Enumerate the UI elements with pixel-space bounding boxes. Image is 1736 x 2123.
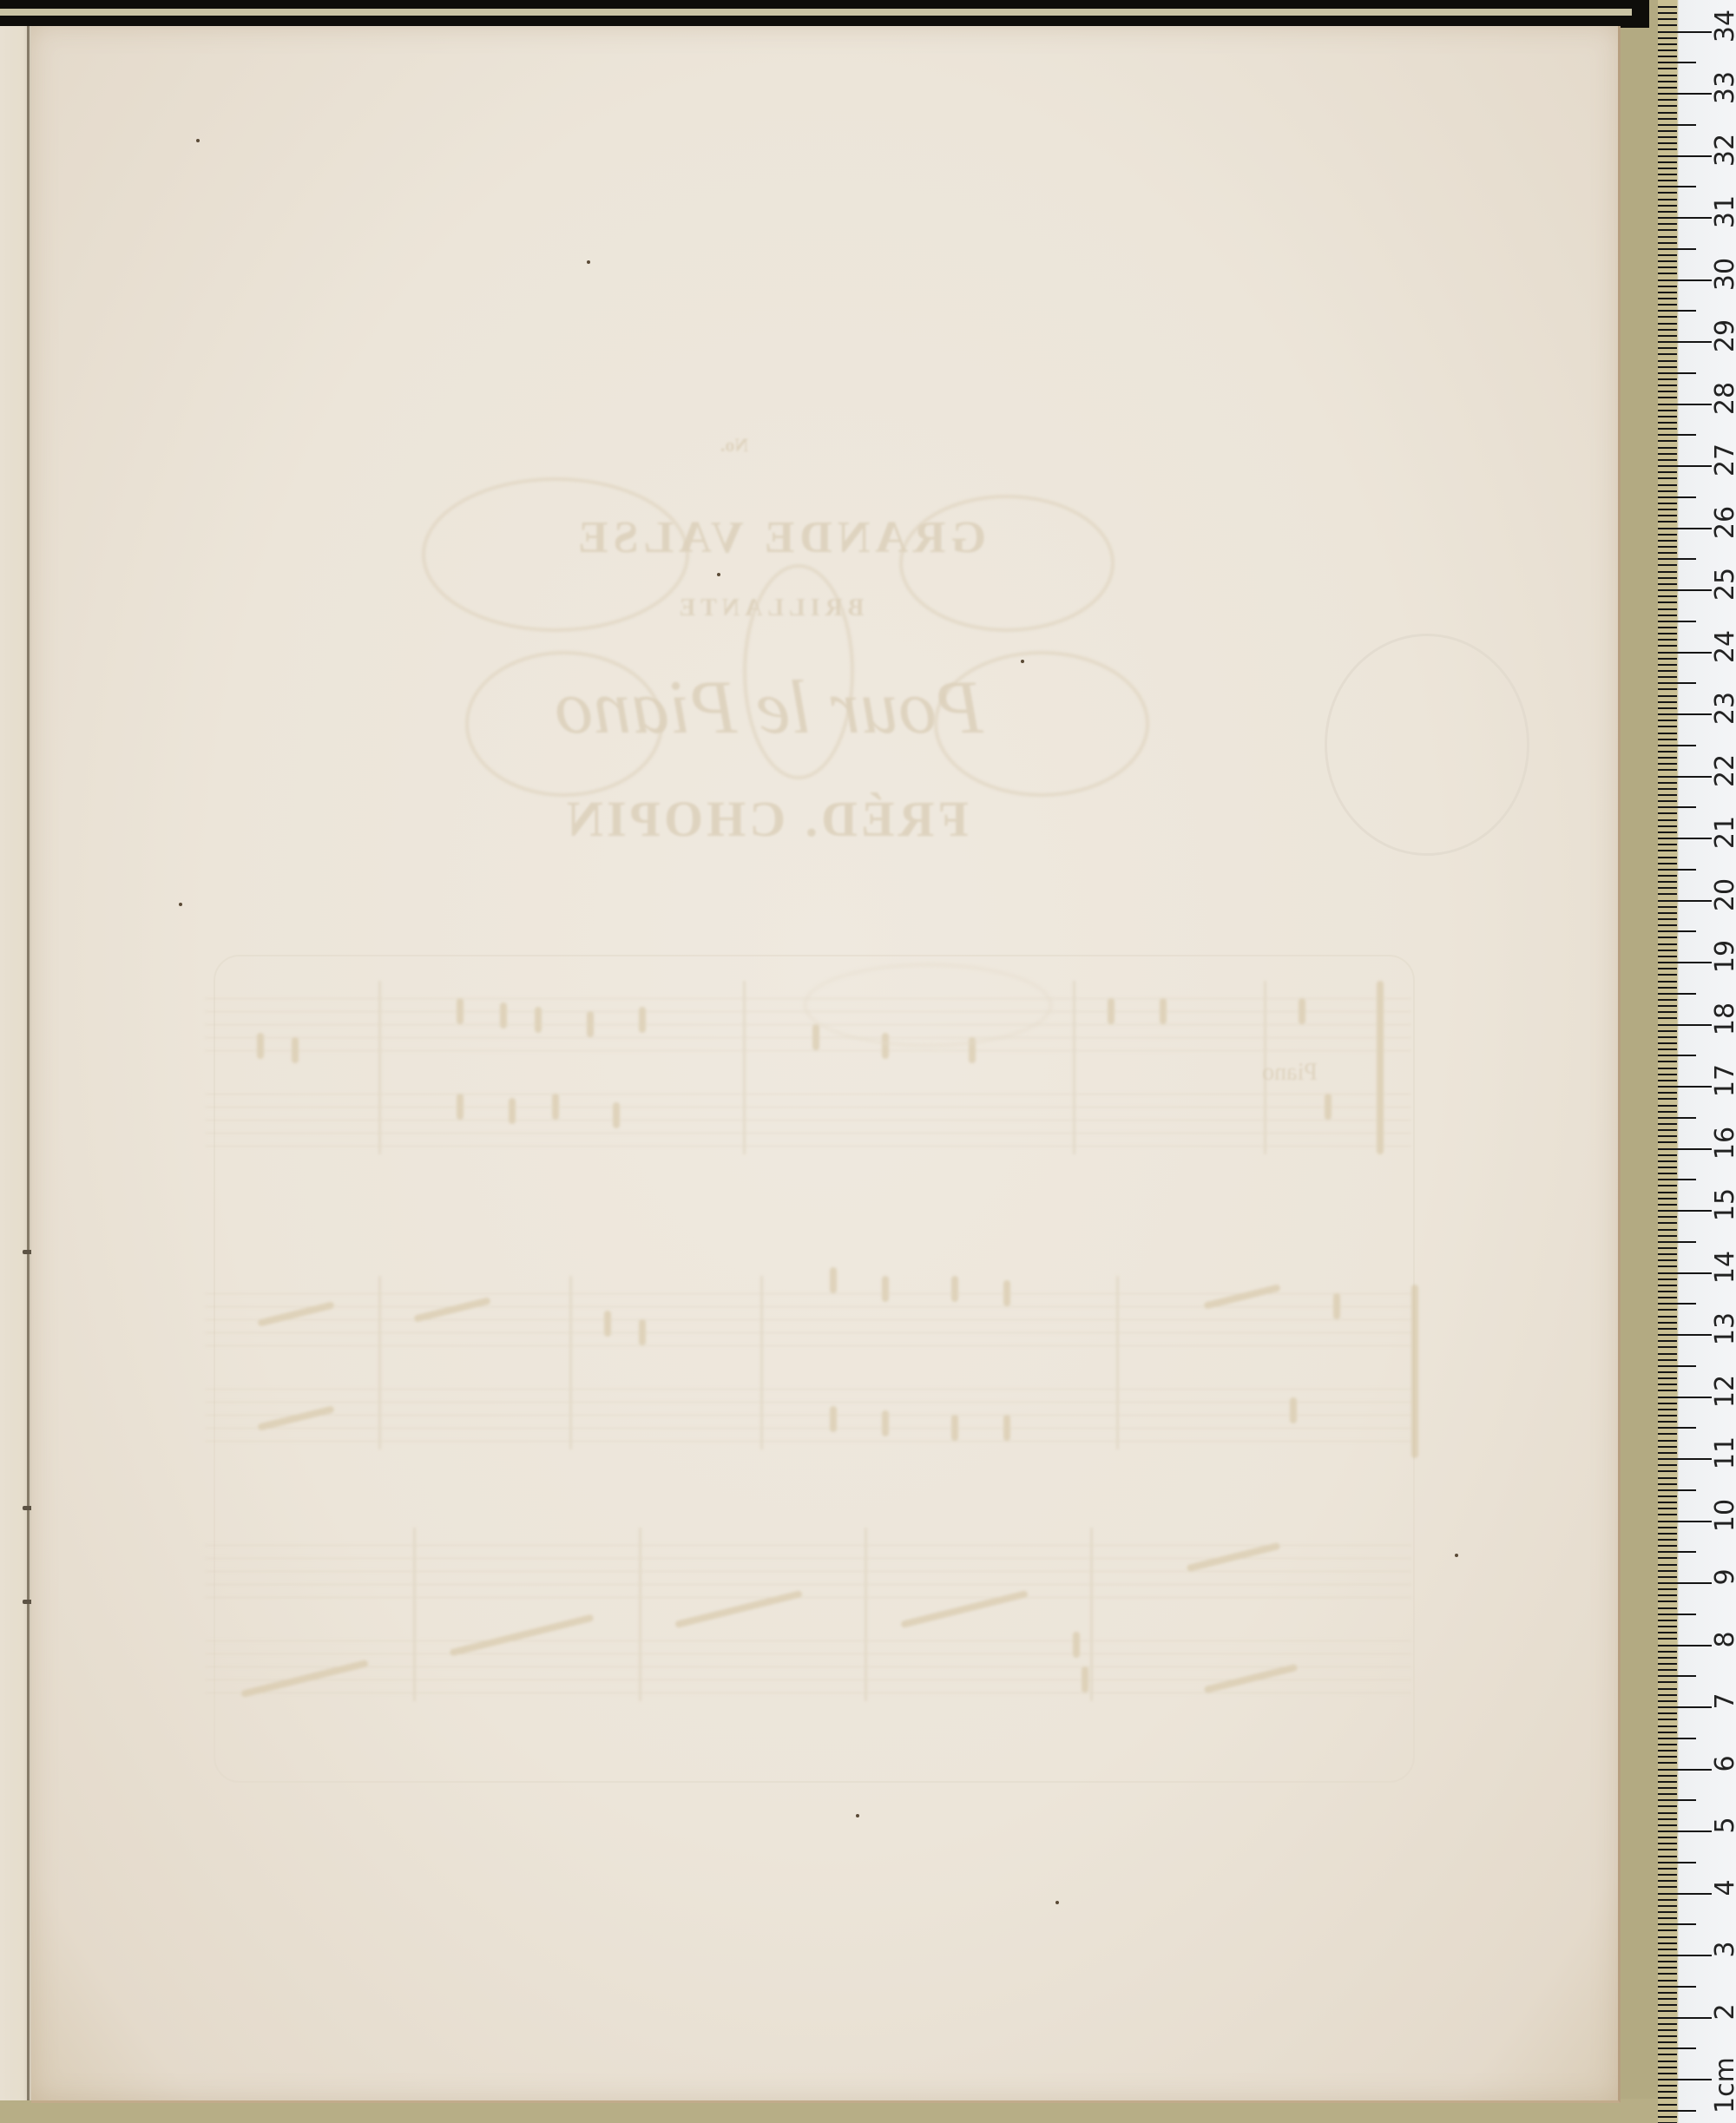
ruler-tick (1658, 391, 1677, 392)
ruler-tick (1658, 906, 1677, 908)
ruler-tick (1658, 745, 1696, 746)
ruler-tick (1658, 987, 1677, 989)
sheet-music-page: No. GRANDE VALSE BRILLANTE Pour le Piano… (31, 26, 1621, 2103)
ruler-tick (1658, 819, 1677, 821)
ruler-tick (1658, 688, 1677, 690)
ruler-tick (1658, 316, 1677, 318)
ruler-tick (1658, 1433, 1677, 1435)
paper-speck (196, 139, 200, 142)
ruler-tick (1658, 1135, 1677, 1137)
ruler-tick (1658, 521, 1677, 523)
ruler-number: 12 (1710, 1365, 1736, 1417)
ruler-number: 16 (1710, 1117, 1736, 1169)
ruler-tick (1658, 1688, 1677, 1690)
ruler-tick (1658, 1055, 1696, 1056)
ruler-tick (1658, 956, 1677, 957)
ruler-tick (1658, 465, 1712, 467)
ruler-tick (1658, 434, 1696, 436)
ruler-tick (1658, 812, 1677, 814)
ruler-tick (1658, 2067, 1677, 2068)
ruler-tick (1658, 509, 1677, 510)
ruler-number: 28 (1710, 372, 1736, 424)
ruler-number: 2 (1710, 1986, 1736, 2038)
ruler-tick (1658, 1316, 1677, 1318)
ruler-tick (1658, 1253, 1677, 1255)
ruler-tick (1658, 1632, 1677, 1633)
ruler-tick (1658, 1923, 1696, 1925)
ruler-tick (1658, 1706, 1712, 1708)
ruler-tick (1658, 1651, 1677, 1653)
ruler-tick (1658, 68, 1677, 69)
ruler-tick (1658, 341, 1712, 343)
ruler-tick (1658, 397, 1677, 398)
ruler-tick (1658, 2079, 1712, 2080)
ruler-tick (1658, 1086, 1712, 1088)
scanner-edge-strip (0, 9, 1632, 16)
paper-speck (717, 573, 720, 576)
ruler-tick (1658, 1489, 1696, 1491)
ruler-number: 14 (1710, 1241, 1736, 1293)
ruler-tick (1658, 353, 1677, 355)
ruler-tick (1658, 1849, 1677, 1850)
ruler-tick (1658, 1756, 1677, 1758)
ruler-number: 19 (1710, 930, 1736, 983)
ghost-flourish (465, 651, 663, 797)
ruler-tick (1658, 1744, 1677, 1745)
ruler-tick (1658, 1185, 1677, 1186)
ruler-tick (1658, 1675, 1696, 1677)
ruler-tick (1658, 999, 1677, 1001)
ruler-tick (1658, 1527, 1677, 1528)
ruler-number: 9 (1710, 1551, 1736, 1603)
ruler-tick (1658, 974, 1677, 976)
ruler-tick (1658, 682, 1696, 684)
ruler-tick (1658, 1495, 1677, 1497)
ruler-tick (1658, 912, 1677, 914)
ruler-tick (1658, 1446, 1677, 1448)
ruler-number: 13 (1710, 1303, 1736, 1355)
ruler-tick (1658, 1409, 1677, 1410)
ruler-tick (1658, 1645, 1712, 1646)
ruler-tick (1658, 223, 1677, 225)
ruler-tick (1658, 1017, 1677, 1019)
ruler-tick (1658, 1738, 1696, 1739)
ruler-tick (1658, 652, 1712, 654)
ghost-flourish (934, 651, 1149, 797)
ruler-tick (1658, 1011, 1677, 1013)
ruler-tick (1658, 1024, 1712, 1026)
ruler-tick (1658, 1899, 1677, 1901)
ruler-tick (1658, 1198, 1677, 1200)
ruler-tick (1658, 99, 1677, 101)
ruler-tick (1658, 1880, 1677, 1882)
ruler-tick (1658, 292, 1677, 293)
ruler-tick (1658, 1427, 1696, 1429)
ruler-tick (1658, 1799, 1696, 1801)
ruler-tick (1658, 1669, 1677, 1671)
ruler-tick (1658, 1415, 1677, 1416)
ruler-tick (1658, 1942, 1677, 1944)
ruler-tick (1658, 1769, 1712, 1771)
ruler-tick (1658, 1068, 1677, 1069)
ruler-tick (1658, 24, 1677, 26)
ruler-tick (1658, 180, 1677, 181)
ruler-tick (1658, 1167, 1677, 1168)
ruler-tick (1658, 1607, 1677, 1609)
ghost-flourish (899, 495, 1115, 632)
ruler-tick (1658, 1929, 1677, 1931)
ruler-tick (1658, 254, 1677, 256)
ruler-number: 11 (1710, 1427, 1736, 1479)
ruler-tick (1658, 1917, 1677, 1919)
ruler-tick (1658, 1657, 1677, 1659)
ruler-tick (1658, 168, 1677, 169)
ruler-tick (1658, 2061, 1677, 2062)
ghost-staff-system-2 (205, 1259, 1411, 1467)
ruler-tick (1658, 416, 1677, 417)
ruler-tick (1658, 1340, 1677, 1342)
ruler-tick (1658, 1328, 1677, 1330)
ruler-tick (1658, 1614, 1696, 1615)
ruler-tick (1658, 857, 1677, 858)
ruler-tick (1658, 515, 1677, 516)
ruler-tick (1658, 751, 1677, 753)
ruler-tick (1658, 1787, 1677, 1789)
ruler-tick (1658, 1285, 1677, 1286)
ruler-tick (1658, 627, 1677, 628)
ruler-tick (1658, 695, 1677, 697)
ruler-tick (1658, 211, 1677, 213)
ruler-tick (1658, 1470, 1677, 1472)
ruler-tick (1658, 186, 1696, 187)
ruler-tick (1658, 1949, 1677, 1950)
ruler-tick (1658, 1036, 1677, 1038)
ruler-tick (1658, 1805, 1677, 1807)
ghost-staff-system-3 (205, 1510, 1411, 1719)
ruler-tick (1658, 1793, 1677, 1795)
ruler-number: 31 (1710, 186, 1736, 238)
ruler-tick (1658, 459, 1677, 461)
paper-speck (587, 260, 590, 264)
ruler-tick (1658, 1600, 1677, 1602)
ruler-tick (1658, 583, 1677, 585)
ruler-tick (1658, 782, 1677, 784)
ruler-tick (1658, 2010, 1677, 2012)
ruler-tick (1658, 1762, 1677, 1764)
ruler-tick (1658, 950, 1677, 951)
ruler-tick (1658, 645, 1677, 647)
ruler-tick (1658, 1048, 1677, 1050)
ruler-tick (1658, 918, 1677, 920)
ruler-tick (1658, 1856, 1677, 1857)
ruler-tick (1658, 130, 1677, 132)
ruler-tick (1658, 286, 1677, 287)
ruler-tick (1658, 763, 1677, 765)
ruler-tick (1658, 1359, 1677, 1361)
ruler-tick (1658, 1259, 1677, 1261)
ruler-tick (1658, 56, 1677, 57)
ruler-tick (1658, 1955, 1712, 1956)
ruler-tick (1658, 1080, 1677, 1081)
ruler-tick (1658, 633, 1677, 634)
ruler-tick (1658, 1309, 1677, 1311)
ruler-tick (1658, 1483, 1677, 1485)
ruler-tick (1658, 1192, 1677, 1193)
ruler-tick (1658, 1502, 1677, 1503)
ruler-tick (1658, 329, 1677, 331)
ruler-tick (1658, 6, 1677, 8)
ruler-tick (1658, 1576, 1677, 1578)
ruler-tick (1658, 1539, 1677, 1541)
ruler-tick (1658, 844, 1677, 845)
ruler-tick (1658, 12, 1677, 14)
ruler-tick (1658, 1824, 1677, 1826)
ruler-tick (1658, 1986, 1696, 1988)
ruler-tick (1658, 1521, 1712, 1522)
ruler-tick (1658, 1893, 1712, 1895)
ruler-tick (1658, 385, 1677, 386)
ruler-tick (1658, 81, 1677, 82)
ruler-tick (1658, 273, 1677, 274)
ruler-tick (1658, 943, 1677, 945)
ghost-flourish (743, 564, 854, 779)
ruler-tick (1658, 1712, 1677, 1714)
ruler-tick (1658, 323, 1677, 325)
ruler-tick (1658, 2097, 1677, 2099)
ruler-tick (1658, 2073, 1677, 2074)
ruler-tick (1658, 1322, 1677, 1324)
ruler-tick (1658, 372, 1696, 374)
ruler-tick (1658, 1781, 1677, 1783)
ghost-medallion-oval (1325, 634, 1529, 856)
ruler-number: 8 (1710, 1614, 1736, 1666)
ruler-number: 32 (1710, 124, 1736, 176)
ruler-tick (1658, 788, 1677, 790)
ruler-tick (1658, 1911, 1677, 1913)
paper-speck (856, 1814, 859, 1817)
ruler-tick (1658, 887, 1677, 889)
ruler-tick (1658, 31, 1712, 33)
ruler-number: 7 (1710, 1675, 1736, 1727)
ruler-tick (1658, 608, 1677, 610)
ruler-number: 15 (1710, 1179, 1736, 1231)
ruler-tick (1658, 776, 1712, 778)
ruler-tick (1658, 1154, 1677, 1156)
ruler-tick (1658, 930, 1696, 932)
ruler-tick (1658, 62, 1696, 63)
ruler-tick (1658, 105, 1677, 107)
ruler-tick (1658, 1905, 1677, 1907)
ruler-tick (1658, 298, 1677, 299)
ruler-tick (1658, 1334, 1712, 1336)
ruler-tick (1658, 1173, 1677, 1174)
ruler-tick (1658, 174, 1677, 175)
ruler-tick (1658, 1588, 1677, 1590)
ruler-tick (1658, 2029, 1677, 2031)
ruler-tick (1658, 658, 1677, 660)
ruler-tick (1658, 1042, 1677, 1044)
ruler-tick (1658, 503, 1677, 504)
binding-gutter (27, 26, 30, 2100)
ruler-tick (1658, 2047, 1696, 2049)
ruler-tick (1658, 347, 1677, 349)
ruler-tick (1658, 1874, 1677, 1876)
ghost-staff-system-1 (205, 963, 1411, 1172)
ruler-tick (1658, 577, 1677, 579)
ruler-tick (1658, 1210, 1712, 1212)
ruler-tick (1658, 1464, 1677, 1466)
ruler-tick (1658, 1533, 1677, 1535)
ruler-tick (1658, 1694, 1677, 1696)
ruler-tick (1658, 900, 1712, 902)
ruler-tick (1658, 477, 1677, 479)
ruler-tick (1658, 615, 1677, 616)
ruler-tick (1658, 1725, 1677, 1727)
ruler-tick (1658, 1303, 1696, 1305)
ruler-tick (1658, 496, 1696, 498)
ruler-tick (1658, 242, 1677, 244)
ruler-tick (1658, 1477, 1677, 1479)
ruler-tick (1658, 217, 1712, 219)
ruler-number: 23 (1710, 682, 1736, 734)
ruler-tick (1658, 993, 1696, 995)
ruler-tick (1658, 1278, 1677, 1280)
paper-speck (1021, 660, 1024, 663)
ruler-tick (1658, 621, 1696, 622)
ruler-tick (1658, 2035, 1677, 2037)
ruler-tick (1658, 1179, 1696, 1180)
ruler-tick (1658, 112, 1677, 114)
ruler-tick (1658, 1998, 1677, 2000)
ruler-tick (1658, 1551, 1696, 1553)
ruler-tick (1658, 1545, 1677, 1547)
ruler-tick (1658, 1297, 1677, 1298)
ruler-tick (1658, 1105, 1677, 1107)
ruler-tick (1658, 1812, 1677, 1814)
ruler-tick (1658, 440, 1677, 442)
ruler-tick (1658, 1111, 1677, 1113)
ruler-tick (1658, 534, 1677, 536)
ruler-tick (1658, 199, 1677, 200)
ruler-tick (1658, 838, 1712, 839)
ruler-tick (1658, 1973, 1677, 1975)
ruler-number: 27 (1710, 434, 1736, 486)
ruler-tick (1658, 192, 1677, 194)
ruler-tick (1658, 601, 1677, 603)
scanner-top-edge (0, 0, 1649, 28)
ruler-tick (1658, 1148, 1712, 1150)
ruler-tick (1658, 757, 1677, 759)
ruler-number: 29 (1710, 310, 1736, 362)
ruler-tick (1658, 1719, 1677, 1720)
ruler-tick (1658, 229, 1677, 231)
ruler-tick (1658, 155, 1712, 157)
ruler-tick (1658, 1967, 1677, 1969)
ruler-tick (1658, 863, 1677, 864)
ruler-tick (1658, 490, 1677, 492)
ruler-tick (1658, 564, 1677, 566)
ruler-tick (1658, 968, 1677, 969)
ruler-tick (1658, 1229, 1677, 1231)
ruler-tick (1658, 1204, 1677, 1206)
ruler-tick (1658, 1241, 1696, 1243)
paper-speck (179, 903, 182, 906)
ruler-tick (1658, 1843, 1677, 1844)
ruler-tick (1658, 75, 1677, 76)
ruler-tick (1658, 875, 1677, 877)
ruler-tick (1658, 701, 1677, 703)
ruler-tick (1658, 1980, 1677, 1982)
ruler-tick (1658, 1365, 1696, 1367)
ruler-tick (1658, 1371, 1677, 1373)
ruler-tick (1658, 124, 1696, 126)
ruler-tick (1658, 148, 1677, 150)
ruler-tick (1658, 540, 1677, 542)
ruler-number: 4 (1710, 1862, 1736, 1914)
ruler-tick (1658, 484, 1677, 486)
ruler-tick (1658, 2004, 1677, 2006)
ruler-tick (1658, 1390, 1677, 1391)
ruler-tick (1658, 1160, 1677, 1162)
ruler-tick (1658, 739, 1677, 740)
ruler-tick (1658, 1421, 1677, 1423)
ruler-tick (1658, 410, 1677, 411)
ruler-tick (1658, 1117, 1696, 1119)
ruler-tick (1658, 2041, 1677, 2043)
ruler-tick (1658, 453, 1677, 455)
ruler-number: 33 (1710, 62, 1736, 114)
ruler-tick (1658, 1123, 1677, 1125)
ruler-tick (1658, 1030, 1677, 1032)
ruler-tick (1658, 664, 1677, 666)
ruler-tick (1658, 279, 1712, 281)
ruler-tick (1658, 589, 1712, 591)
ruler-number: 5 (1710, 1799, 1736, 1851)
ruler-tick (1658, 720, 1677, 721)
ruler-tick (1658, 546, 1677, 548)
ruler-tick (1658, 37, 1677, 39)
ruler-tick (1658, 794, 1677, 796)
ruler-tick (1658, 43, 1677, 45)
ruler-tick (1658, 1750, 1677, 1752)
ruler-tick (1658, 447, 1677, 449)
ruler-tick (1658, 552, 1677, 554)
ruler-tick (1658, 1222, 1677, 1224)
ruler-tick (1658, 428, 1677, 430)
ruler-tick (1658, 1564, 1677, 1566)
ruler-tick (1658, 1440, 1677, 1442)
ruler-tick (1658, 360, 1677, 362)
ruler-tick (1658, 1626, 1677, 1627)
ruler-tick (1658, 800, 1677, 802)
ruler-tick (1658, 2023, 1677, 2025)
ruler-tick (1658, 1092, 1677, 1094)
ruler-tick (1658, 2116, 1677, 2118)
ruler-tick (1658, 1594, 1677, 1596)
ruler-tick (1658, 726, 1677, 727)
ruler-tick (1658, 1992, 1677, 1994)
ruler-tick (1658, 1837, 1677, 1838)
ruler-tick (1658, 962, 1712, 963)
ruler-tick (1658, 676, 1677, 678)
ruler-tick (1658, 981, 1677, 983)
ruler-number: 26 (1710, 496, 1736, 549)
ruler-tick (1658, 670, 1677, 672)
ruler-tick (1658, 1403, 1677, 1404)
ruler-tick (1658, 806, 1696, 808)
ruler-tick (1658, 248, 1696, 250)
ruler-number: 21 (1710, 806, 1736, 858)
